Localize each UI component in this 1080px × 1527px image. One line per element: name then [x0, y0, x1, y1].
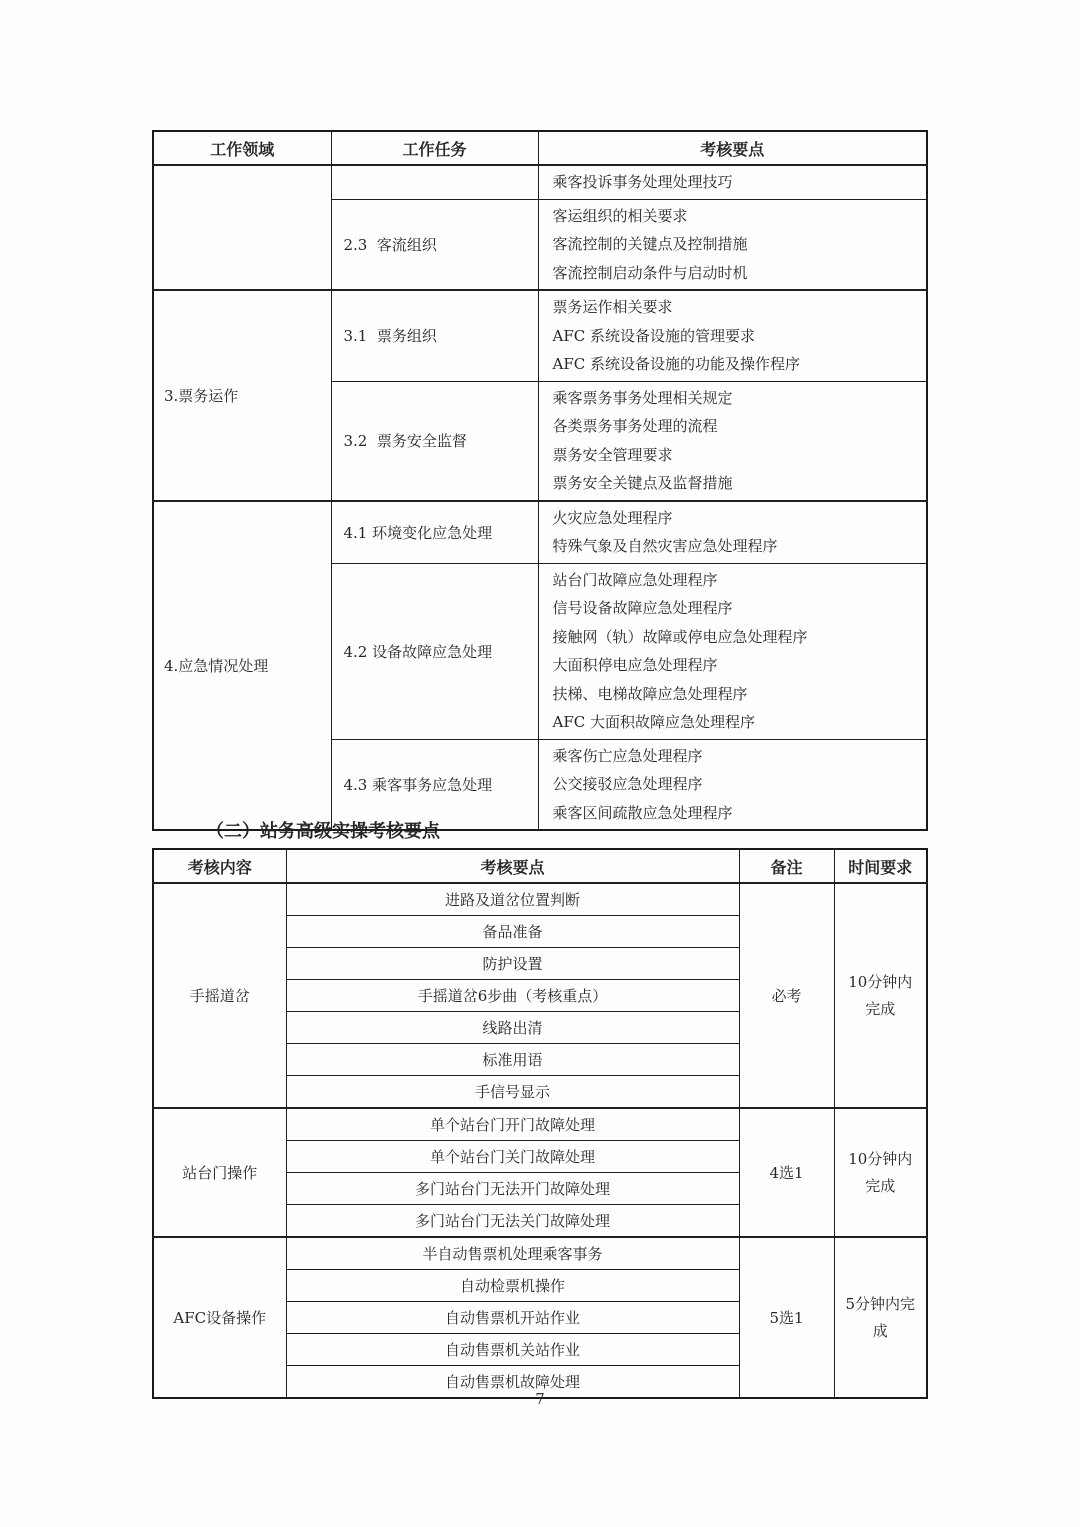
assessment-point-cell: 手摇道岔6步曲（考核重点）	[286, 980, 739, 1012]
assessment-point: 票务运作相关要求	[553, 293, 923, 322]
remark-cell: 4选1	[739, 1108, 834, 1237]
assessment-points-header: 考核要点	[286, 849, 739, 883]
assessment-point: 乘客伤亡应急处理程序	[553, 742, 923, 771]
practical-assessment-table: 考核内容 考核要点 备注 时间要求 手摇道岔进路及道岔位置判断必考10分钟内完成…	[152, 848, 928, 1399]
assessment-point-cell: 单个站台门关门故障处理	[286, 1141, 739, 1173]
work-areas-table: 工作领域 工作任务 考核要点 乘客投诉事务处理处理技巧2.3 客流组织客运组织的…	[152, 130, 928, 831]
assessment-points-header: 考核要点	[538, 131, 927, 165]
assessment-point: 客流控制启动条件与启动时机	[553, 259, 923, 288]
work-task-header: 工作任务	[331, 131, 538, 165]
assessment-point: 信号设备故障应急处理程序	[553, 594, 923, 623]
work-task-cell: 3.1 票务组织	[331, 290, 538, 381]
time-requirement-cell: 10分钟内完成	[834, 883, 927, 1108]
assessment-point: 接触网（轨）故障或停电应急处理程序	[553, 623, 923, 652]
assessment-point: AFC 系统设备设施的管理要求	[553, 322, 923, 351]
assessment-point-cell: 自动检票机操作	[286, 1270, 739, 1302]
work-task-cell: 4.1 环境变化应急处理	[331, 501, 538, 564]
assessment-points-cell: 票务运作相关要求AFC 系统设备设施的管理要求AFC 系统设备设施的功能及操作程…	[538, 290, 927, 381]
work-table-body: 乘客投诉事务处理处理技巧2.3 客流组织客运组织的相关要求客流控制的关键点及控制…	[153, 165, 927, 830]
assessment-point-cell: 多门站台门无法开门故障处理	[286, 1173, 739, 1205]
assessment-point-cell: 手信号显示	[286, 1076, 739, 1109]
assessment-point-cell: 备品准备	[286, 916, 739, 948]
time-requirement-cell: 5分钟内完成	[834, 1237, 927, 1398]
work-task-cell: 2.3 客流组织	[331, 199, 538, 290]
assessment-points-cell: 乘客伤亡应急处理程序公交接驳应急处理程序乘客区间疏散应急处理程序	[538, 739, 927, 830]
time-requirement-cell: 10分钟内完成	[834, 1108, 927, 1237]
work-task-cell: 3.2 票务安全监督	[331, 381, 538, 501]
assessment-point-cell: 防护设置	[286, 948, 739, 980]
assessment-point: AFC 系统设备设施的功能及操作程序	[553, 350, 923, 379]
assessment-content-cell: AFC设备操作	[153, 1237, 286, 1398]
assessment-points-cell: 站台门故障应急处理程序信号设备故障应急处理程序接触网（轨）故障或停电应急处理程序…	[538, 563, 927, 739]
practical-table-header-row: 考核内容 考核要点 备注 时间要求	[153, 849, 927, 883]
work-task-cell: 4.2 设备故障应急处理	[331, 563, 538, 739]
assessment-point: 大面积停电应急处理程序	[553, 651, 923, 680]
work-table-row: 乘客投诉事务处理处理技巧	[153, 165, 927, 199]
assessment-point-cell: 多门站台门无法关门故障处理	[286, 1205, 739, 1238]
assessment-point-cell: 线路出清	[286, 1012, 739, 1044]
practical-table-body: 手摇道岔进路及道岔位置判断必考10分钟内完成备品准备防护设置手摇道岔6步曲（考核…	[153, 883, 927, 1398]
work-area-header: 工作领域	[153, 131, 331, 165]
assessment-point: 票务安全管理要求	[553, 441, 923, 470]
assessment-point: 乘客区间疏散应急处理程序	[553, 799, 923, 828]
practical-table-row: AFC设备操作半自动售票机处理乘客事务5选15分钟内完成	[153, 1237, 927, 1270]
assessment-point-cell: 自动售票机开站作业	[286, 1302, 739, 1334]
remark-cell: 必考	[739, 883, 834, 1108]
assessment-point-cell: 标准用语	[286, 1044, 739, 1076]
assessment-points-cell: 客运组织的相关要求客流控制的关键点及控制措施客流控制启动条件与启动时机	[538, 199, 927, 290]
practical-table-row: 站台门操作单个站台门开门故障处理4选110分钟内完成	[153, 1108, 927, 1141]
assessment-point: 站台门故障应急处理程序	[553, 566, 923, 595]
assessment-content-cell: 站台门操作	[153, 1108, 286, 1237]
work-area-cell	[153, 165, 331, 290]
assessment-points-cell: 火灾应急处理程序特殊气象及自然灾害应急处理程序	[538, 501, 927, 564]
assessment-point-cell: 自动售票机关站作业	[286, 1334, 739, 1366]
work-task-cell	[331, 165, 538, 199]
assessment-content-cell: 手摇道岔	[153, 883, 286, 1108]
assessment-point: 扶梯、电梯故障应急处理程序	[553, 680, 923, 709]
page-number: 7	[0, 1390, 1080, 1408]
document-page: 工作领域 工作任务 考核要点 乘客投诉事务处理处理技巧2.3 客流组织客运组织的…	[0, 0, 1080, 1527]
assessment-point: 火灾应急处理程序	[553, 504, 923, 533]
assessment-point: 公交接驳应急处理程序	[553, 770, 923, 799]
section-heading: （二）站务高级实操考核要点	[206, 817, 440, 843]
assessment-point-cell: 单个站台门开门故障处理	[286, 1108, 739, 1141]
assessment-point-cell: 半自动售票机处理乘客事务	[286, 1237, 739, 1270]
remark-cell: 5选1	[739, 1237, 834, 1398]
assessment-content-header: 考核内容	[153, 849, 286, 883]
work-area-cell: 3.票务运作	[153, 290, 331, 501]
assessment-points-cell: 乘客投诉事务处理处理技巧	[538, 165, 927, 199]
assessment-points-cell: 乘客票务事务处理相关规定各类票务事务处理的流程票务安全管理要求票务安全关键点及监…	[538, 381, 927, 501]
work-table-row: 3.票务运作3.1 票务组织票务运作相关要求AFC 系统设备设施的管理要求AFC…	[153, 290, 927, 381]
assessment-point: 票务安全关键点及监督措施	[553, 469, 923, 498]
assessment-point: 特殊气象及自然灾害应急处理程序	[553, 532, 923, 561]
assessment-point: AFC 大面积故障应急处理程序	[553, 708, 923, 737]
assessment-point: 客流控制的关键点及控制措施	[553, 230, 923, 259]
assessment-point: 客运组织的相关要求	[553, 202, 923, 231]
remark-header: 备注	[739, 849, 834, 883]
assessment-point-cell: 进路及道岔位置判断	[286, 883, 739, 916]
assessment-point: 各类票务事务处理的流程	[553, 412, 923, 441]
assessment-point: 乘客票务事务处理相关规定	[553, 384, 923, 413]
work-area-cell: 4.应急情况处理	[153, 501, 331, 831]
work-table-row: 4.应急情况处理4.1 环境变化应急处理火灾应急处理程序特殊气象及自然灾害应急处…	[153, 501, 927, 564]
practical-table-row: 手摇道岔进路及道岔位置判断必考10分钟内完成	[153, 883, 927, 916]
assessment-point: 乘客投诉事务处理处理技巧	[553, 168, 923, 197]
work-table-header-row: 工作领域 工作任务 考核要点	[153, 131, 927, 165]
time-requirement-header: 时间要求	[834, 849, 927, 883]
